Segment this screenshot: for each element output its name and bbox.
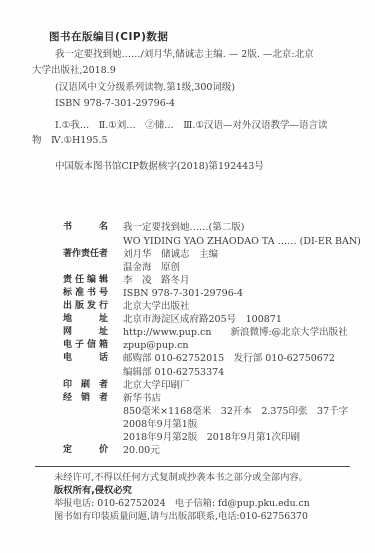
- quality-contact-line: 图书如有印装质量问题,请与出版部联系,电话:010-62756370: [54, 511, 357, 524]
- field-value: 北京市海淀区成府路205号 100871: [123, 313, 282, 326]
- field-value: zpup@pup.cn: [123, 339, 189, 352]
- colophon-row-second-edition: 2018年9月第2版 2018年9月第1次印刷: [63, 431, 357, 444]
- colophon-row-publisher: 出版发行 北京大学出版社: [63, 300, 357, 313]
- colophon-row-phone: 电话 邮购部 010-62752015 发行部 010-62750672: [63, 352, 357, 365]
- colophon-row-authors: 著作责任者 刘月华 储诚志 主编: [63, 248, 357, 261]
- book-cip-copyright-page: 图书在版编目(CIP)数据 我一定要找到她……/刘月华,储诚志主编. — 2版.…: [0, 0, 375, 553]
- field-label: [63, 418, 108, 431]
- field-value: 新华书店: [123, 392, 161, 405]
- cip-index-line: Ⅰ.①我… Ⅱ.①刘… ②储… Ⅲ.①汉语—对外汉语教学—语言读: [32, 118, 353, 133]
- colophon-row-website: 网址 http://www.pup.cn 新浪微博:@北京大学出版社: [63, 326, 357, 339]
- cip-isbn-line: ISBN 978-7-301-29796-4: [32, 96, 353, 112]
- field-value: 温金海 原创: [123, 261, 180, 274]
- field-label: 经销者: [63, 392, 108, 405]
- colophon-row-phone-editorial: 编辑部 010-62753374: [63, 366, 357, 379]
- field-label: [63, 405, 108, 418]
- field-value: 2018年9月第2版 2018年9月第1次印刷: [123, 431, 300, 444]
- colophon-row-distributor: 经销者 新华书店: [63, 392, 357, 405]
- cip-record-section: 图书在版编目(CIP)数据 我一定要找到她……/刘月华,储诚志主编. — 2版.…: [0, 0, 375, 175]
- field-label: 书名: [63, 221, 108, 234]
- cip-registry-line: 中国版本图书馆CIP数据核字(2018)第192443号: [32, 159, 353, 175]
- field-label: 电话: [63, 352, 108, 365]
- field-value: 我一定要找到她……(第二版): [123, 221, 244, 234]
- colophon-row-editors: 责任编辑 李 凌 路冬月: [63, 274, 357, 287]
- field-label: 网址: [63, 326, 108, 339]
- field-label: [63, 235, 108, 248]
- cip-index-line: 物 Ⅳ.①H195.5: [32, 133, 353, 148]
- field-value: 北京大学出版社: [123, 300, 190, 313]
- field-value: 20.00元: [123, 444, 160, 457]
- colophon-row-address: 地址 北京市海淀区成府路205号 100871: [63, 313, 357, 326]
- field-value: 邮购部 010-62752015 发行部 010-62750672: [123, 352, 335, 365]
- field-value: WO YIDING YAO ZHAODAO TA …… (DI-ER BAN): [123, 235, 361, 248]
- field-label: 印刷者: [63, 379, 108, 392]
- copyright-notice-section: 未经许可,不得以任何方式复制或抄袭本书之部分或全部内容。 版权所有,侵权必究 举…: [54, 472, 357, 523]
- field-label: 责任编辑: [63, 274, 108, 287]
- field-value: 北京大学印刷厂: [123, 379, 190, 392]
- field-value: 李 凌 路冬月: [123, 274, 190, 287]
- field-label: [63, 366, 108, 379]
- field-label: 标准书号: [63, 287, 108, 300]
- field-value: 850毫米×1168毫米 32开本 2.375印张 37千字: [123, 405, 348, 418]
- field-label: 地址: [63, 313, 108, 326]
- field-value: 刘月华 储诚志 主编: [123, 248, 218, 261]
- field-value: 编辑部 010-62753374: [123, 366, 224, 379]
- field-value: 2008年9月第1版: [123, 418, 197, 431]
- field-label: 著作责任者: [63, 248, 108, 261]
- field-label: [63, 431, 108, 444]
- colophon-row-original-author: 温金海 原创: [63, 261, 357, 274]
- report-contact-line: 举报电话: 010-62752024 电子信箱: fd@pup.pku.edu.…: [54, 498, 357, 511]
- cip-record-line: 我一定要找到她……/刘月华,储诚志主编. — 2版. —北京:北京: [32, 47, 353, 63]
- copyright-statement: 版权所有,侵权必究: [54, 485, 357, 498]
- colophon-row-format: 850毫米×1168毫米 32开本 2.375印张 37千字: [63, 405, 357, 418]
- cip-index-block: Ⅰ.①我… Ⅱ.①刘… ②储… Ⅲ.①汉语—对外汉语教学—语言读 物 Ⅳ.①H1…: [32, 118, 353, 148]
- cip-series-note: (汉语风中文分级系列读物.第1级,300词级): [32, 80, 353, 96]
- colophon-row-printer: 印刷者 北京大学印刷厂: [63, 379, 357, 392]
- field-value: http://www.pup.cn 新浪微博:@北京大学出版社: [123, 326, 348, 339]
- permission-notice: 未经许可,不得以任何方式复制或抄袭本书之部分或全部内容。: [54, 472, 357, 485]
- field-label: 出版发行: [63, 300, 108, 313]
- cip-header: 图书在版编目(CIP)数据: [49, 31, 353, 43]
- colophon-row-first-edition: 2008年9月第1版: [63, 418, 357, 431]
- colophon-table: 书名 我一定要找到她……(第二版) WO YIDING YAO ZHAODAO …: [63, 221, 357, 457]
- field-label: [63, 261, 108, 274]
- field-value: ISBN 978-7-301-29796-4: [123, 287, 243, 300]
- colophon-row-email: 电子信箱 zpup@pup.cn: [63, 339, 357, 352]
- field-label: 定价: [63, 444, 108, 457]
- field-label: 电子信箱: [63, 339, 108, 352]
- colophon-row-isbn: 标准书号 ISBN 978-7-301-29796-4: [63, 287, 357, 300]
- cip-record-line: 大学出版社,2018.9: [32, 63, 353, 79]
- colophon-row-title-pinyin: WO YIDING YAO ZHAODAO TA …… (DI-ER BAN): [63, 235, 357, 248]
- colophon-row-price: 定价 20.00元: [63, 444, 357, 457]
- cip-record: 我一定要找到她……/刘月华,储诚志主编. — 2版. —北京:北京 大学出版社,…: [32, 47, 353, 112]
- divider-rule: [35, 466, 350, 467]
- colophon-row-title: 书名 我一定要找到她……(第二版): [63, 221, 357, 234]
